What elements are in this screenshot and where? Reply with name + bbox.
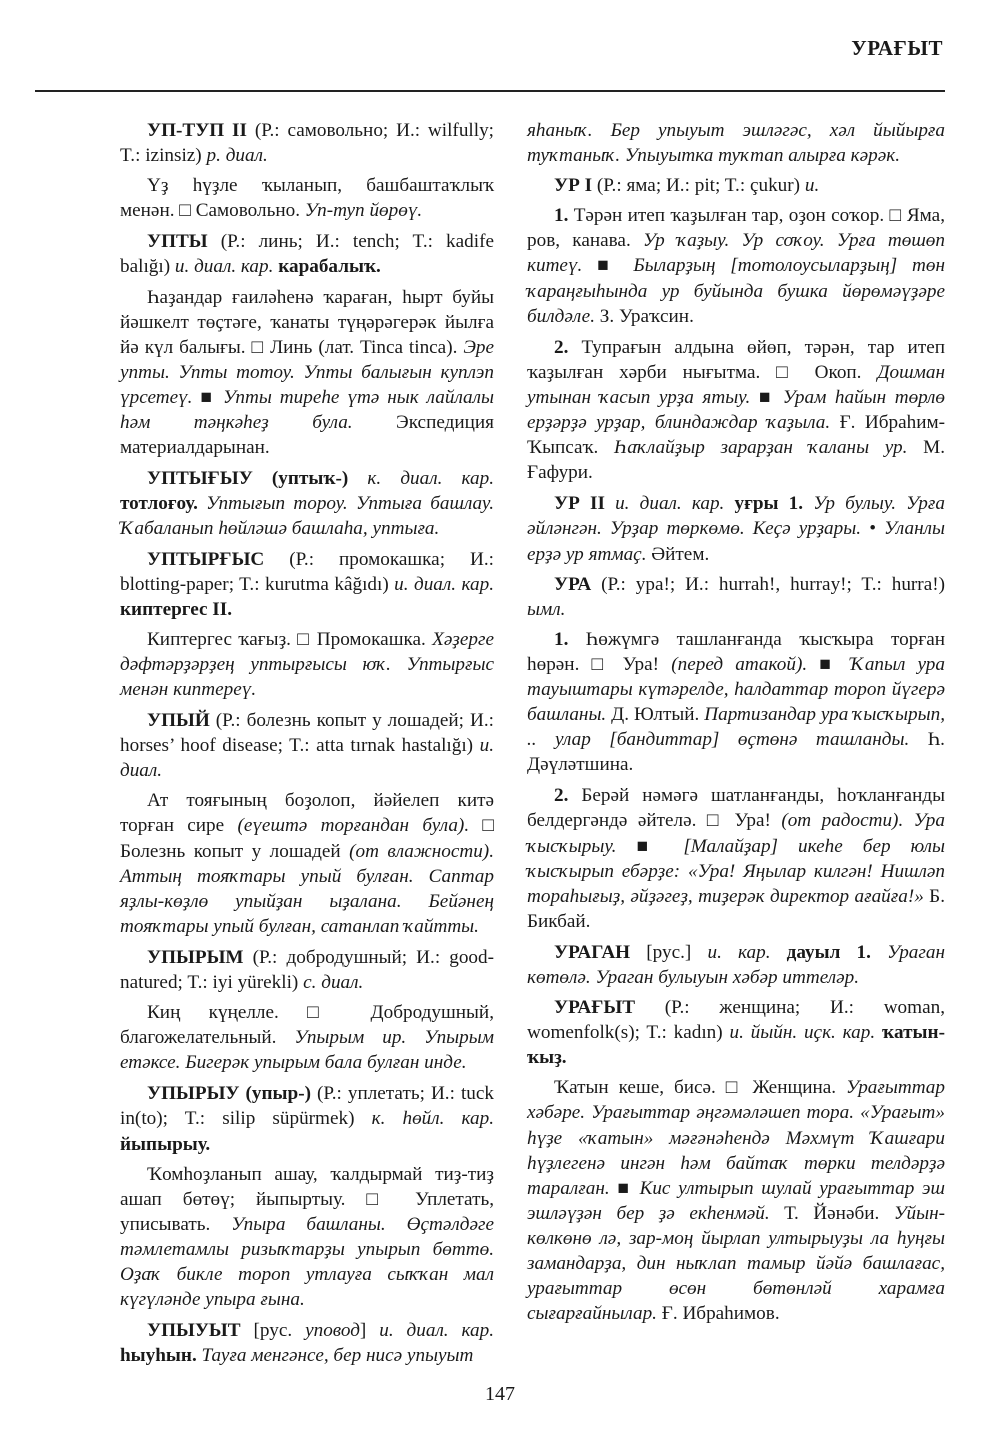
definition: Һаҙандар ғаиләһенә ҡараған, һырт буйы йә… xyxy=(120,285,494,461)
headword: УРА xyxy=(554,574,591,595)
sense-number: 2. xyxy=(554,337,568,358)
dictionary-entry: УРАҒЫТ (Р.: женщина; И.: woman, womenfol… xyxy=(527,995,945,1070)
headword: УПЫУЫТ xyxy=(147,1320,241,1341)
cross-reference: тотлоғоу. xyxy=(120,493,198,514)
entry-continuation: яһаныҡ. Бер упыуыт эшләгәс, хәл йыйырға … xyxy=(527,118,945,168)
cross-reference: карабалыҡ. xyxy=(278,256,381,277)
headword: УПЫЙ xyxy=(147,710,210,731)
headword: УР I xyxy=(554,175,592,196)
running-head: УРАҒЫТ xyxy=(851,36,943,61)
sense: 2. Тупрағын алдына өйөп, тәрән, тар итеп… xyxy=(527,335,945,486)
dictionary-entry: УР II и. диал. кар. уғры 1. Ур булыу. Ур… xyxy=(527,491,945,566)
headword: УРАГАН xyxy=(554,942,630,963)
page-number: 147 xyxy=(0,1383,1000,1406)
definition: Киптергес ҡағыҙ. □ Промокашка. Хәҙерге д… xyxy=(120,627,494,702)
right-column: яһаныҡ. Бер упыуыт эшләгәс, хәл йыйырға … xyxy=(527,118,945,1332)
dictionary-entry: УПТЫ (Р.: линь; И.: tench; T.: kadife ba… xyxy=(120,229,494,279)
dictionary-entry: УР I (Р.: яма; И.: pit; T.: çukur) и. xyxy=(527,173,945,198)
cross-reference: дауыл 1. xyxy=(787,942,871,963)
definition: Үҙ һүҙле ҡыланып, башбаштаҡлыҡ менән. □ … xyxy=(120,173,494,223)
dictionary-entry: УП-ТУП II (Р.: самовольно; И.: wilfully;… xyxy=(120,118,494,168)
cross-reference: киптергес II. xyxy=(120,599,232,620)
sense-number: 1. xyxy=(554,629,568,650)
definition: Киң күңелле. □ Добродушный, благожелател… xyxy=(120,1000,494,1075)
headword: УР II xyxy=(554,493,605,514)
headword: УРАҒЫТ xyxy=(554,997,635,1018)
cross-reference: һыуһын. xyxy=(120,1345,197,1366)
dictionary-entry: УПТЫРҒЫС (Р.: промокашка; И.: blotting-p… xyxy=(120,547,494,622)
dictionary-entry: УПЫУЫТ [рус. уповод] и. диал. кар. һыуһы… xyxy=(120,1318,494,1368)
headword: УПТЫ xyxy=(147,231,208,252)
sense-number: 1. xyxy=(554,205,568,226)
definition: Ҡомһоҙланып ашау, ҡалдырмай тиҙ-тиҙ ашап… xyxy=(120,1162,494,1313)
cross-reference: йыпырыу. xyxy=(120,1134,210,1155)
sense: 2. Берәй нәмәгә шатланғанды, һоҡланғанды… xyxy=(527,783,945,934)
dictionary-entry: УПЫРЫМ (Р.: добродушный; И.: good-nature… xyxy=(120,945,494,995)
cross-reference: уғры 1. xyxy=(735,493,804,514)
dictionary-entry: УРАГАН [рус.] и. кар. дауыл 1. Ураган кө… xyxy=(527,940,945,990)
dictionary-entry: УРА (Р.: ура!; И.: hurrah!, hurray!; T.:… xyxy=(527,572,945,622)
left-column: УП-ТУП II (Р.: самовольно; И.: wilfully;… xyxy=(120,118,494,1373)
header-rule xyxy=(35,90,945,92)
headword: УП-ТУП II xyxy=(147,120,247,141)
sense: 1. Тәрән итеп ҡаҙылған тар, оҙон соҡор. … xyxy=(527,203,945,328)
sense-number: 2. xyxy=(554,785,568,806)
headword: УПЫРЫМ xyxy=(147,947,244,968)
headword: УПТЫҒЫУ (уптыҡ-) xyxy=(147,468,348,489)
sense: 1. Һөжүмгә ташланғанда ҡысҡыра торған һө… xyxy=(527,627,945,778)
headword: УПТЫРҒЫС xyxy=(147,549,264,570)
dictionary-entry: УПЫЙ (Р.: болезнь копыт у лошадей; И.: h… xyxy=(120,708,494,783)
definition: Ат тояғының боҙолоп, йәйелеп китә торған… xyxy=(120,788,494,939)
dictionary-entry: УПТЫҒЫУ (уптыҡ-) к. диал. кар. тотлоғоу.… xyxy=(120,466,494,541)
headword: УПЫРЫУ (упыр-) xyxy=(147,1083,311,1104)
dictionary-entry: УПЫРЫУ (упыр-) (Р.: уплетать; И.: tuck i… xyxy=(120,1081,494,1156)
definition: Ҡатын кеше, бисә. □ Женщина. Урағыттар х… xyxy=(527,1075,945,1326)
